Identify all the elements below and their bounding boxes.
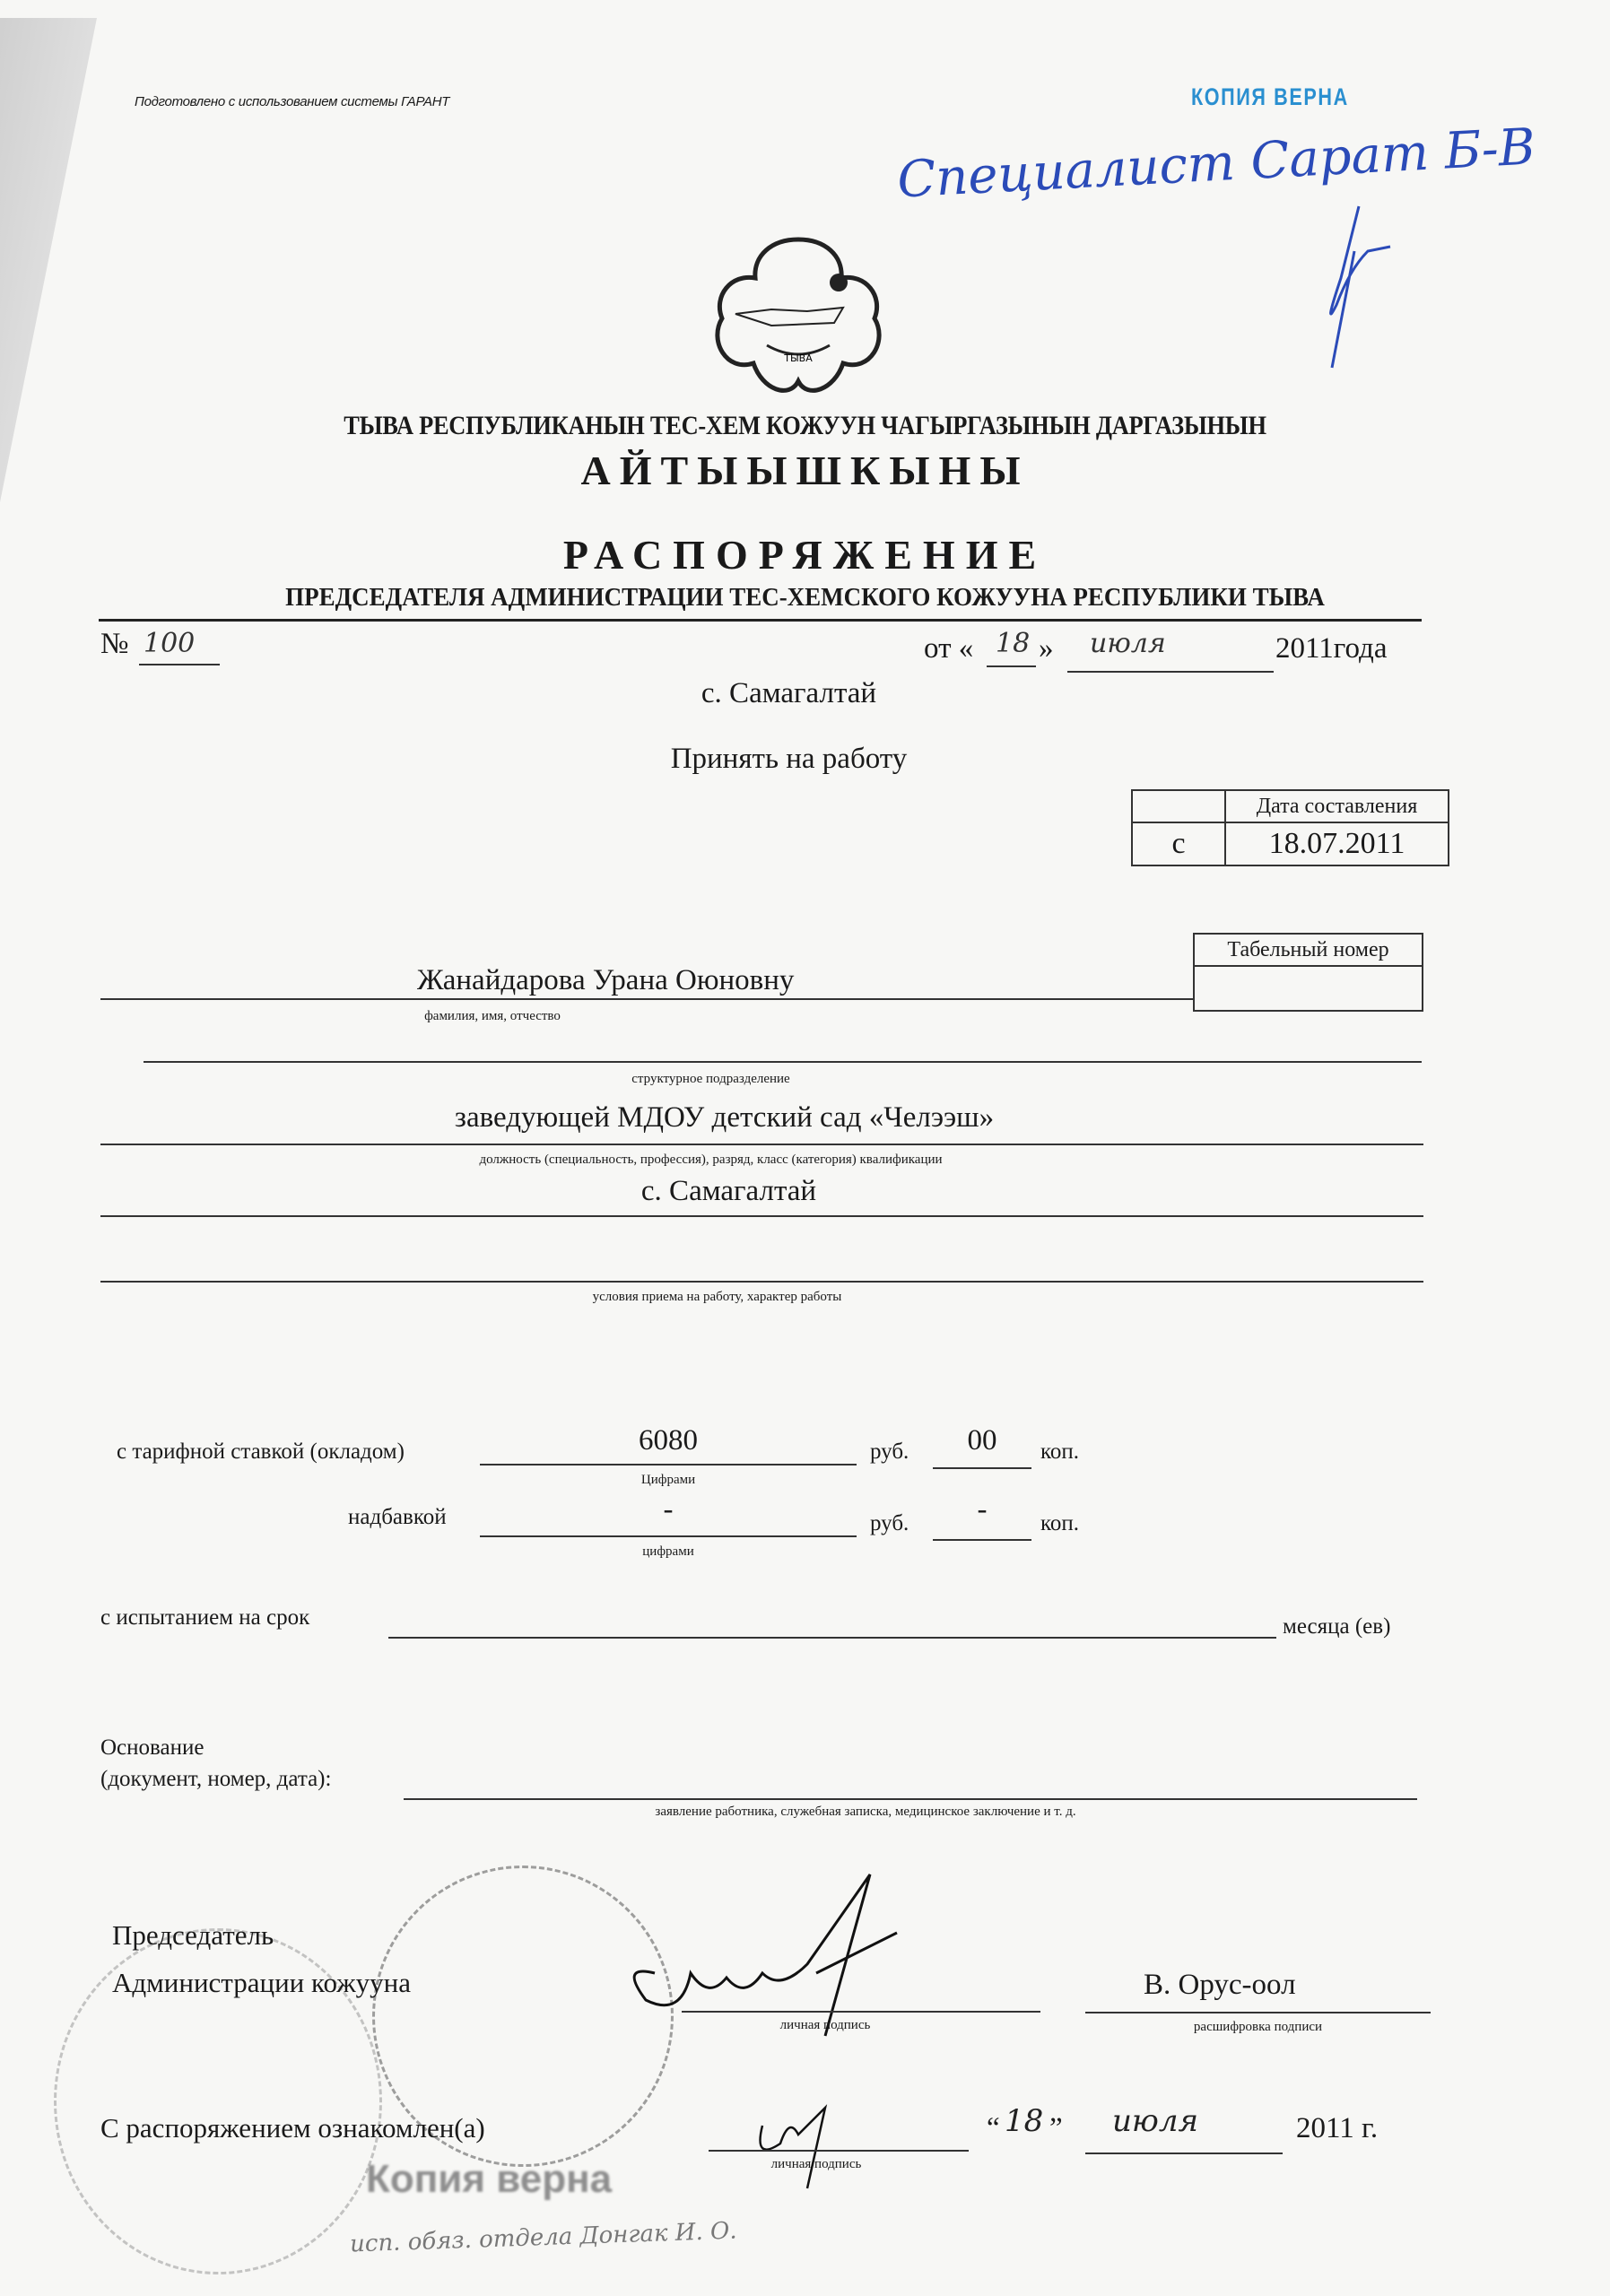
order-number-value: 100 [144, 628, 195, 659]
order-date-month-line [1067, 671, 1274, 673]
tab-number-header: Табельный номер [1194, 934, 1423, 966]
salary-label: с тарифной ставкой (окладом) [117, 1439, 405, 1465]
salary-rub-line [480, 1464, 857, 1465]
ack-year: 2011 г. [1296, 2112, 1378, 2145]
garant-note: Подготовлено с использованием системы ГА… [135, 94, 449, 109]
title-tuvan-line: ТЫВА РЕСПУБЛИКАНЫН ТЕС-ХЕМ КОЖУУН ЧАГЫРГ… [97, 411, 1514, 441]
salary-rub-caption: Цифрами [480, 1473, 857, 1488]
acknowledgement-label: С распоряжением ознакомлен(а) [100, 2112, 485, 2144]
division-line [144, 1061, 1422, 1063]
salary-rub-label: руб. [870, 1439, 909, 1465]
salary-kop-value: 00 [933, 1424, 1031, 1457]
date-table-prefix: с [1132, 822, 1225, 865]
signatory-name: В. Орус-оол [1144, 1969, 1296, 2002]
order-date-mid: » [1039, 632, 1054, 665]
title-issuer: ПРЕДСЕДАТЕЛЯ АДМИНИСТРАЦИИ ТЕС-ХЕМСКОГО … [57, 583, 1553, 613]
title-rule [99, 619, 1422, 622]
employee-signature-caption: личная подпись [727, 2157, 906, 2172]
bonus-rub-caption: цифрами [480, 1544, 857, 1560]
salary-kop-label: коп. [1040, 1439, 1079, 1465]
division-caption: структурное подразделение [0, 1072, 1422, 1087]
order-number-line [139, 664, 220, 665]
employee-signature-line [709, 2150, 969, 2152]
bonus-rub-label: руб. [870, 1511, 909, 1536]
ack-month: июля [1112, 2103, 1198, 2139]
chairman-signature-line [682, 2011, 1040, 2013]
order-date-month: июля [1090, 628, 1166, 659]
probation-suffix: месяца (ев) [1283, 1614, 1390, 1639]
position-caption: должность (специальность, профессия), ра… [0, 1152, 1516, 1168]
fio-caption: фамилия, имя, отчество [0, 1009, 1039, 1024]
conditions-caption: условия приема на работу, характер работ… [0, 1290, 1522, 1305]
conditions-line-2 [100, 1281, 1423, 1283]
bonus-kop-label: коп. [1040, 1511, 1079, 1536]
ack-quote-close: ” [1049, 2112, 1063, 2145]
certifier-signature-icon [1305, 197, 1404, 377]
signatory-name-caption: расшифровка подписи [1085, 2020, 1431, 2035]
copy-certified-stamp: КОПИЯ ВЕРНА [1191, 83, 1349, 111]
conditions-line-1 [100, 1215, 1423, 1217]
bonus-rub-value: - [480, 1493, 857, 1526]
salary-rub-value: 6080 [480, 1424, 857, 1457]
ack-month-line [1085, 2152, 1283, 2154]
basis-label-2: (документ, номер, дата): [100, 1767, 331, 1792]
bonus-rub-line [480, 1535, 857, 1537]
basis-caption: заявление работника, служебная записка, … [359, 1805, 1372, 1820]
bonus-kop-line [933, 1539, 1031, 1541]
fio-value: Жанайдарова Урана Оюновну [417, 964, 794, 997]
basis-label-1: Основание [100, 1735, 204, 1761]
date-table-header: Дата составления [1225, 790, 1449, 822]
tab-number-value [1194, 966, 1423, 1011]
signatory-role-2: Администрации кожууна [112, 1967, 411, 1999]
signatory-role-1: Председатель [112, 1919, 274, 1952]
bottom-copy-stamp: Копия верна [366, 2157, 612, 2202]
date-table: Дата составления с 18.07.2011 [1131, 789, 1449, 866]
ack-day: 18 [1005, 2103, 1043, 2139]
order-number-label: № [100, 628, 129, 661]
employee-signature-icon [744, 2090, 879, 2197]
svg-text:ТЫВА: ТЫВА [783, 352, 813, 364]
fio-line [100, 998, 1193, 1000]
conditions-value: с. Самагалтай [0, 1175, 1534, 1208]
order-place: с. Самагалтай [0, 677, 1594, 710]
date-table-empty [1132, 790, 1225, 822]
order-date-day: 18 [996, 628, 1030, 659]
date-table-value: 18.07.2011 [1225, 822, 1449, 865]
chairman-signature-caption: личная подпись [646, 2018, 1005, 2033]
ack-quote-open: “ [987, 2112, 1000, 2145]
order-subject: Принять на работу [0, 743, 1594, 776]
bonus-label: надбавкой [348, 1505, 447, 1530]
position-line [100, 1144, 1423, 1145]
basis-line [404, 1798, 1417, 1800]
position-value: заведующей МДОУ детский сад «Челээш» [0, 1101, 1529, 1135]
tab-number-table: Табельный номер [1193, 933, 1423, 1012]
title-order: РАСПОРЯЖЕНИЕ [0, 531, 1610, 578]
bottom-stamp-handwriting: исп. обяз. отдела Донгак И. О. [350, 2217, 737, 2257]
order-date-day-line [987, 665, 1036, 667]
tuva-emblem-icon: ТЫВА [709, 229, 888, 399]
probation-label: с испытанием на срок [100, 1605, 309, 1631]
order-date-year: 2011года [1275, 632, 1387, 665]
salary-kop-line [933, 1467, 1031, 1469]
bonus-kop-value: - [933, 1493, 1031, 1526]
probation-line [388, 1637, 1276, 1639]
title-tuvan-order: АЙТЫЫШКЫНЫ [0, 447, 1610, 494]
signatory-name-line [1085, 2012, 1431, 2013]
certifier-handwriting: Специалист Сарат Б-В [896, 117, 1537, 209]
order-date-prefix: от « [924, 632, 973, 665]
